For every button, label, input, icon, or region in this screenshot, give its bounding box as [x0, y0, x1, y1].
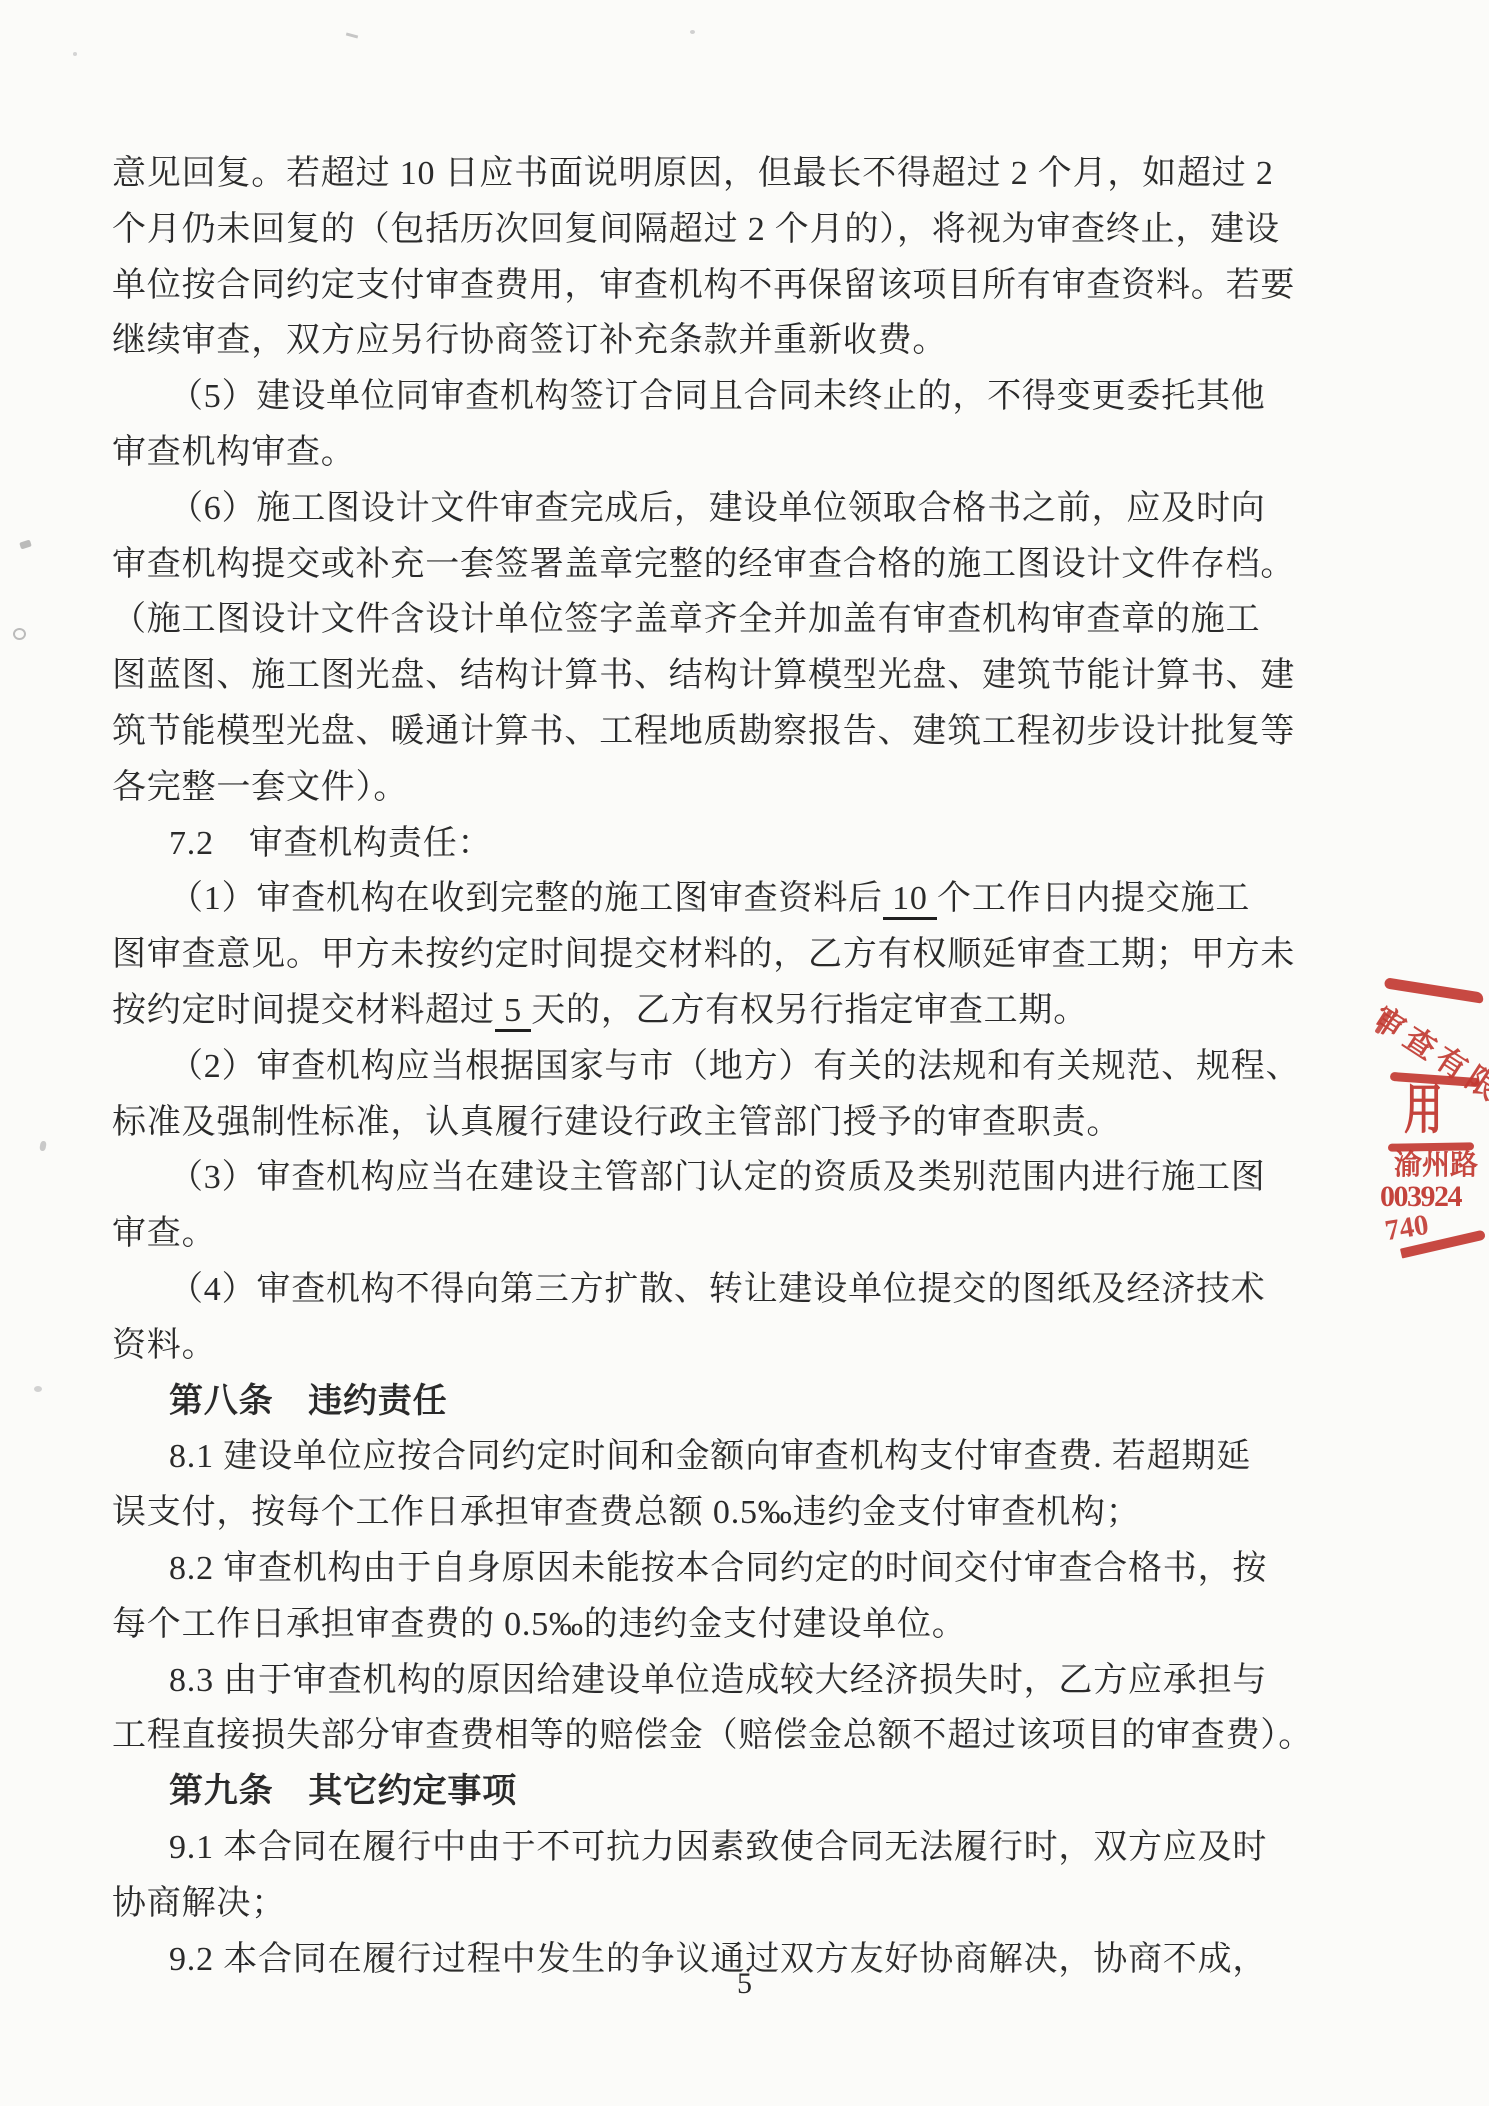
text-line: 误支付，按每个工作日承担审查费总额 0.5‰违约金支付审查机构；: [112, 1485, 1164, 1541]
text-line: （施工图设计文件含设计单位签字盖章齐全并加盖有审查机构审查章的施工: [112, 592, 1164, 648]
text-segment: 个工作日内提交施工: [937, 880, 1250, 917]
text-line: 工程直接损失部分审查费相等的赔偿金（赔偿金总额不超过该项目的审查费）。: [112, 1708, 1164, 1764]
scan-speck: [39, 1141, 47, 1152]
text-segment: 8.1 建设单位应按合同约定时间和金额向审查机构支付审查费. 若超期延: [169, 1438, 1251, 1475]
text-segment: 单位按合同约定支付审查费用，审查机构不再保留该项目所有审查资料。若要: [112, 267, 1295, 304]
text-line: （6）施工图设计文件审查完成后，建设单位领取合格书之前，应及时向: [112, 481, 1164, 537]
text-line: 协商解决；: [112, 1876, 1164, 1932]
text-line: 9.1 本合同在履行中由于不可抗力因素致使合同无法履行时，双方应及时: [112, 1820, 1164, 1876]
text-line: 图蓝图、施工图光盘、结构计算书、结构计算模型光盘、建筑节能计算书、建: [112, 648, 1164, 704]
text-line: 8.3 由于审查机构的原因给建设单位造成较大经济损失时，乙方应承担与: [112, 1653, 1164, 1709]
text-line: 单位按合同约定支付审查费用，审查机构不再保留该项目所有审查资料。若要: [112, 258, 1164, 314]
text-line: 第八条 违约责任: [112, 1374, 1164, 1430]
text-segment: 天的，乙方有权另行指定审查工期。: [531, 992, 1088, 1029]
text-segment: （5）建设单位同审查机构签订合同且合同未终止的，不得变更委托其他: [169, 378, 1266, 415]
stamp-street-text: 渝州路: [1394, 1151, 1478, 1181]
text-segment: 8.3 由于审查机构的原因给建设单位造成较大经济损失时，乙方应承担与: [169, 1662, 1267, 1699]
scan-speck: [34, 1386, 42, 1392]
text-line: 继续审查，双方应另行协商签订补充条款并重新收费。: [112, 313, 1164, 369]
text-line: 审查。: [112, 1206, 1164, 1262]
scan-speck: [73, 52, 77, 56]
text-segment: 图审查意见。甲方未按约定时间提交材料的，乙方有权顺延审查工期；甲方未: [112, 936, 1295, 973]
text-line: 审查机构提交或补充一套签署盖章完整的经审查合格的施工图设计文件存档。: [112, 537, 1164, 593]
scan-speck: [19, 539, 32, 549]
scanned-contract-page: 意见回复。若超过 10 日应书面说明原因，但最长不得超过 2 个月，如超过 2个…: [0, 0, 1489, 2106]
text-segment: 筑节能模型光盘、暖通计算书、工程地质勘察报告、建筑工程初步设计批复等: [112, 713, 1295, 750]
underlined-value: 5: [495, 992, 531, 1032]
text-segment: 各完整一套文件）。: [112, 769, 408, 806]
text-line: （2）审查机构应当根据国家与市（地方）有关的法规和有关规范、规程、: [112, 1039, 1164, 1095]
scan-speck: [346, 32, 358, 38]
text-segment: 8.2 审查机构由于自身原因未能按本合同约定的时间交付审查合格书，按: [169, 1550, 1267, 1587]
text-line: 审查机构审查。: [112, 425, 1164, 481]
text-line: 图审查意见。甲方未按约定时间提交材料的，乙方有权顺延审查工期；甲方未: [112, 927, 1164, 983]
text-segment: 第八条 违约责任: [169, 1383, 447, 1420]
text-segment: 图蓝图、施工图光盘、结构计算书、结构计算模型光盘、建筑节能计算书、建: [112, 657, 1295, 694]
text-line: 个月仍未回复的（包括历次回复间隔超过 2 个月的），将视为审查终止，建设: [112, 202, 1164, 258]
scan-speck: [13, 628, 26, 640]
scan-speck: [690, 30, 695, 34]
text-segment: （2）审查机构应当根据国家与市（地方）有关的法规和有关规范、规程、: [169, 1048, 1300, 1085]
text-segment: 9.1 本合同在履行中由于不可抗力因素致使合同无法履行时，双方应及时: [169, 1829, 1267, 1866]
text-segment: 每个工作日承担审查费的 0.5‰的违约金支付建设单位。: [112, 1606, 967, 1643]
text-line: 第九条 其它约定事项: [112, 1764, 1164, 1820]
text-line: （4）审查机构不得向第三方扩散、转让建设单位提交的图纸及经济技术: [112, 1262, 1164, 1318]
text-segment: 个月仍未回复的（包括历次回复间隔超过 2 个月的），将视为审查终止，建设: [112, 211, 1280, 248]
text-line: 8.1 建设单位应按合同约定时间和金额向审查机构支付审查费. 若超期延: [112, 1429, 1164, 1485]
page-number: 5: [0, 1966, 1489, 2002]
text-line: 各完整一套文件）。: [112, 760, 1164, 816]
text-segment: （1）审查机构在收到完整的施工图审查资料后: [169, 880, 883, 917]
red-stamp: 审查有限 用 渝州路 003924 740: [1376, 975, 1489, 1270]
text-segment: 标准及强制性标准，认真履行建设行政主管部门授予的审查职责。: [112, 1104, 1121, 1141]
text-line: 标准及强制性标准，认真履行建设行政主管部门授予的审查职责。: [112, 1095, 1164, 1151]
text-block: 意见回复。若超过 10 日应书面说明原因，但最长不得超过 2 个月，如超过 2个…: [112, 146, 1164, 1987]
text-line: 7.2 审查机构责任：: [112, 816, 1164, 872]
text-segment: （施工图设计文件含设计单位签字盖章齐全并加盖有审查机构审查章的施工: [112, 601, 1260, 638]
text-line: 资料。: [112, 1318, 1164, 1374]
stamp-seal-character: 用: [1404, 1081, 1443, 1139]
text-segment: （6）施工图设计文件审查完成后，建设单位领取合格书之前，应及时向: [169, 490, 1266, 527]
text-segment: 审查。: [112, 1215, 216, 1252]
text-line: （1）审查机构在收到完整的施工图审查资料后 10 个工作日内提交施工: [112, 871, 1164, 927]
text-segment: 按约定时间提交材料超过: [112, 992, 495, 1029]
text-line: 按约定时间提交材料超过 5 天的，乙方有权另行指定审查工期。: [112, 983, 1164, 1039]
text-line: 意见回复。若超过 10 日应书面说明原因，但最长不得超过 2 个月，如超过 2: [112, 146, 1164, 202]
text-segment: 7.2 审查机构责任：: [169, 825, 492, 862]
text-segment: 审查机构审查。: [112, 434, 356, 471]
stamp-code-number: 740: [1383, 1210, 1431, 1246]
text-segment: 协商解决；: [112, 1885, 286, 1922]
text-line: 8.2 审查机构由于自身原因未能按本合同约定的时间交付审查合格书，按: [112, 1541, 1164, 1597]
text-line: （3）审查机构应当在建设主管部门认定的资质及类别范围内进行施工图: [112, 1150, 1164, 1206]
text-line: 筑节能模型光盘、暖通计算书、工程地质勘察报告、建筑工程初步设计批复等: [112, 704, 1164, 760]
text-line: （5）建设单位同审查机构签订合同且合同未终止的，不得变更委托其他: [112, 369, 1164, 425]
text-segment: 继续审查，双方应另行协商签订补充条款并重新收费。: [112, 322, 947, 359]
stamp-serial-number: 003924: [1380, 1181, 1461, 1213]
text-line: 每个工作日承担审查费的 0.5‰的违约金支付建设单位。: [112, 1597, 1164, 1653]
text-segment: 审查机构提交或补充一套签署盖章完整的经审查合格的施工图设计文件存档。: [112, 546, 1295, 583]
text-segment: 误支付，按每个工作日承担审查费总额 0.5‰违约金支付审查机构；: [112, 1494, 1141, 1531]
text-segment: （3）审查机构应当在建设主管部门认定的资质及类别范围内进行施工图: [169, 1159, 1266, 1196]
underlined-value: 10: [883, 880, 937, 920]
text-segment: 资料。: [112, 1327, 216, 1364]
text-segment: 工程直接损失部分审查费相等的赔偿金（赔偿金总额不超过该项目的审查费）。: [112, 1717, 1313, 1754]
text-segment: （4）审查机构不得向第三方扩散、转让建设单位提交的图纸及经济技术: [169, 1271, 1266, 1308]
text-segment: 意见回复。若超过 10 日应书面说明原因，但最长不得超过 2 个月，如超过 2: [112, 155, 1274, 192]
text-segment: 第九条 其它约定事项: [169, 1773, 517, 1810]
